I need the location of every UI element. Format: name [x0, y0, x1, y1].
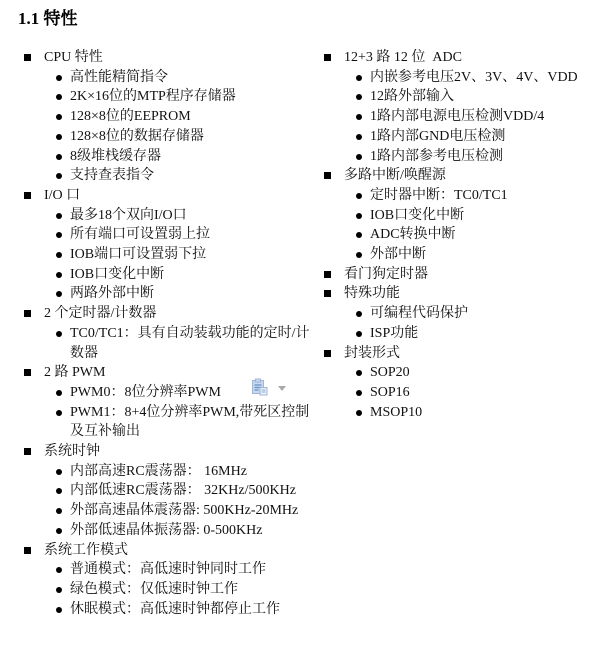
feature-item-text: ISP功能: [370, 324, 418, 344]
feature-item-row: 内部高速RC震荡器： 16MHz: [24, 462, 360, 482]
feature-item-text: 外部高速晶体震荡器: 500KHz-20MHz: [70, 501, 298, 521]
feature-item-text: SOP16: [370, 383, 410, 403]
feature-item-text: 所有端口可设置弱上拉: [70, 225, 210, 245]
circle-bullet-icon: [356, 193, 362, 199]
section-label: 看门狗定时器: [344, 265, 428, 285]
feature-item-row: 可编程代码保护: [324, 304, 586, 324]
chevron-down-icon[interactable]: [278, 386, 286, 391]
circle-bullet-icon: [56, 213, 62, 219]
circle-bullet-icon: [56, 331, 62, 337]
circle-bullet-icon: [56, 567, 62, 573]
feature-item-text: 绿色模式：仅低速时钟工作: [70, 580, 238, 600]
feature-item-row: MSOP10: [324, 403, 586, 423]
circle-bullet-icon: [356, 390, 362, 396]
feature-item-row: 128×8位的EEPROM: [24, 107, 360, 127]
feature-section-row: 系统时钟: [24, 442, 360, 462]
feature-item-row: 1路内部参考电压检测: [324, 147, 586, 167]
page-title: 1.1 特性: [18, 4, 78, 29]
feature-item-row: IOB口变化中断: [24, 265, 360, 285]
circle-bullet-icon: [56, 154, 62, 160]
feature-item-row: 两路外部中断: [24, 284, 360, 304]
feature-item-text: PWM0：8位分辨率PWM: [70, 383, 221, 403]
paste-options-widget[interactable]: [251, 378, 286, 396]
feature-item-text: IOB口变化中断: [70, 265, 164, 285]
feature-item-text: MSOP10: [370, 403, 422, 423]
circle-bullet-icon: [356, 75, 362, 81]
square-bullet-icon: [24, 448, 31, 455]
square-bullet-icon: [24, 54, 31, 61]
feature-item-row: 休眠模式：高低速时钟都停止工作: [24, 600, 360, 620]
feature-section-row: 看门狗定时器: [324, 265, 586, 285]
feature-item-row: 最多18个双向I/O口: [24, 206, 360, 226]
feature-item-text: 128×8位的数据存储器: [70, 127, 204, 147]
section-label: 系统工作模式: [44, 541, 128, 561]
section-label: 12+3 路 12 位 ADC: [344, 48, 462, 68]
square-bullet-icon: [324, 271, 331, 278]
feature-item-row: 内嵌参考电压2V、3V、4V、VDD: [324, 68, 586, 88]
circle-bullet-icon: [356, 331, 362, 337]
clipboard-paste-icon[interactable]: [251, 378, 269, 396]
section-label: 系统时钟: [44, 442, 100, 462]
feature-item-text: 可编程代码保护: [370, 304, 468, 324]
circle-bullet-icon: [56, 508, 62, 514]
features-column-left: CPU 特性高性能精简指令2K×16位的MTP程序存储器128×8位的EEPRO…: [24, 48, 360, 619]
datasheet-page: 1.1 特性 CPU 特性高性能精简指令2K×16位的MTP程序存储器128×8…: [0, 0, 589, 648]
feature-item-text: 2K×16位的MTP程序存储器: [70, 87, 236, 107]
circle-bullet-icon: [56, 469, 62, 475]
feature-item-row: 内部低速RC震荡器： 32KHz/500KHz: [24, 481, 360, 501]
circle-bullet-icon: [56, 272, 62, 278]
feature-item-text: 12路外部输入: [370, 87, 454, 107]
feature-item-text: 休眠模式：高低速时钟都停止工作: [70, 600, 280, 620]
feature-item-text: ADC转换中断: [370, 225, 456, 245]
feature-section-row: CPU 特性: [24, 48, 360, 68]
section-label: 特殊功能: [344, 284, 400, 304]
feature-section-row: 特殊功能: [324, 284, 586, 304]
circle-bullet-icon: [56, 488, 62, 494]
feature-section-row: 多路中断/唤醒源: [324, 166, 586, 186]
feature-item-text: SOP20: [370, 363, 410, 383]
feature-item-text: 支持查表指令: [70, 166, 154, 186]
feature-item-row: 支持查表指令: [24, 166, 360, 186]
feature-item-row: PWM0：8位分辨率PWM: [24, 383, 360, 403]
feature-item-row: 所有端口可设置弱上拉: [24, 225, 360, 245]
feature-item-row: 外部高速晶体震荡器: 500KHz-20MHz: [24, 501, 360, 521]
circle-bullet-icon: [56, 291, 62, 297]
feature-item-row: TC0/TC1：具有自动装载功能的定时/计 数器: [24, 324, 360, 363]
section-label: 封装形式: [344, 344, 400, 364]
feature-item-row: 12路外部输入: [324, 87, 586, 107]
circle-bullet-icon: [56, 232, 62, 238]
feature-item-row: IOB端口可设置弱下拉: [24, 245, 360, 265]
feature-item-text: 外部低速晶体振荡器: 0-500KHz: [70, 521, 263, 541]
circle-bullet-icon: [356, 232, 362, 238]
feature-item-row: 外部中断: [324, 245, 586, 265]
square-bullet-icon: [324, 54, 331, 61]
feature-item-text: TC0/TC1：具有自动装载功能的定时/计 数器: [70, 324, 310, 363]
square-bullet-icon: [24, 310, 31, 317]
section-label: CPU 特性: [44, 48, 103, 68]
feature-item-row: IOB口变化中断: [324, 206, 586, 226]
features-column-right: 12+3 路 12 位 ADC内嵌参考电压2V、3V、4V、VDD12路外部输入…: [324, 48, 586, 422]
feature-item-row: 绿色模式：仅低速时钟工作: [24, 580, 360, 600]
circle-bullet-icon: [56, 410, 62, 416]
feature-item-row: 普通模式：高低速时钟同时工作: [24, 560, 360, 580]
feature-item-text: 普通模式：高低速时钟同时工作: [70, 560, 266, 580]
feature-section-row: 2 个定时器/计数器: [24, 304, 360, 324]
feature-item-row: 定时器中断：TC0/TC1: [324, 186, 586, 206]
circle-bullet-icon: [356, 94, 362, 100]
circle-bullet-icon: [56, 607, 62, 613]
feature-item-text: 定时器中断：TC0/TC1: [370, 186, 508, 206]
circle-bullet-icon: [56, 587, 62, 593]
circle-bullet-icon: [356, 311, 362, 317]
feature-item-text: 内嵌参考电压2V、3V、4V、VDD: [370, 68, 578, 88]
feature-item-row: 1路内部电源电压检测VDD/4: [324, 107, 586, 127]
circle-bullet-icon: [356, 370, 362, 376]
circle-bullet-icon: [356, 213, 362, 219]
feature-item-row: ISP功能: [324, 324, 586, 344]
square-bullet-icon: [24, 369, 31, 376]
circle-bullet-icon: [56, 134, 62, 140]
feature-section-row: 封装形式: [324, 344, 586, 364]
square-bullet-icon: [24, 547, 31, 554]
feature-item-text: 1路内部GND电压检测: [370, 127, 505, 147]
feature-item-text: 最多18个双向I/O口: [70, 206, 187, 226]
circle-bullet-icon: [56, 528, 62, 534]
circle-bullet-icon: [56, 252, 62, 258]
circle-bullet-icon: [356, 154, 362, 160]
feature-item-text: 8级堆栈缓存器: [70, 147, 161, 167]
square-bullet-icon: [24, 192, 31, 199]
circle-bullet-icon: [356, 134, 362, 140]
feature-item-text: 1路内部参考电压检测: [370, 147, 503, 167]
feature-item-row: PWM1：8+4位分辨率PWM,带死区控制 及互补输出: [24, 403, 360, 442]
feature-item-row: 1路内部GND电压检测: [324, 127, 586, 147]
feature-item-text: IOB端口可设置弱下拉: [70, 245, 206, 265]
circle-bullet-icon: [56, 173, 62, 179]
feature-item-text: 两路外部中断: [70, 284, 154, 304]
feature-section-row: 系统工作模式: [24, 541, 360, 561]
feature-section-row: 12+3 路 12 位 ADC: [324, 48, 586, 68]
feature-item-row: 128×8位的数据存储器: [24, 127, 360, 147]
circle-bullet-icon: [356, 252, 362, 258]
section-label: 多路中断/唤醒源: [344, 166, 446, 186]
circle-bullet-icon: [56, 390, 62, 396]
feature-item-row: SOP16: [324, 383, 586, 403]
section-label: 2 路 PWM: [44, 363, 105, 383]
feature-item-text: 128×8位的EEPROM: [70, 107, 191, 127]
feature-item-text: 1路内部电源电压检测VDD/4: [370, 107, 544, 127]
feature-item-row: 外部低速晶体振荡器: 0-500KHz: [24, 521, 360, 541]
feature-item-row: 8级堆栈缓存器: [24, 147, 360, 167]
feature-item-text: IOB口变化中断: [370, 206, 464, 226]
circle-bullet-icon: [356, 410, 362, 416]
circle-bullet-icon: [56, 114, 62, 120]
feature-section-row: I/O 口: [24, 186, 360, 206]
feature-item-text: 外部中断: [370, 245, 426, 265]
circle-bullet-icon: [356, 114, 362, 120]
square-bullet-icon: [324, 350, 331, 357]
feature-item-row: ADC转换中断: [324, 225, 586, 245]
feature-item-row: 高性能精简指令: [24, 68, 360, 88]
section-label: I/O 口: [44, 186, 80, 206]
feature-section-row: 2 路 PWM: [24, 363, 360, 383]
feature-item-row: 2K×16位的MTP程序存储器: [24, 87, 360, 107]
feature-item-text: 内部高速RC震荡器： 16MHz: [70, 462, 247, 482]
square-bullet-icon: [324, 172, 331, 179]
feature-item-text: 内部低速RC震荡器： 32KHz/500KHz: [70, 481, 296, 501]
feature-item-row: SOP20: [324, 363, 586, 383]
circle-bullet-icon: [56, 94, 62, 100]
section-label: 2 个定时器/计数器: [44, 304, 156, 324]
feature-item-text: PWM1：8+4位分辨率PWM,带死区控制 及互补输出: [70, 403, 309, 442]
feature-item-text: 高性能精简指令: [70, 68, 168, 88]
circle-bullet-icon: [56, 75, 62, 81]
square-bullet-icon: [324, 290, 331, 297]
